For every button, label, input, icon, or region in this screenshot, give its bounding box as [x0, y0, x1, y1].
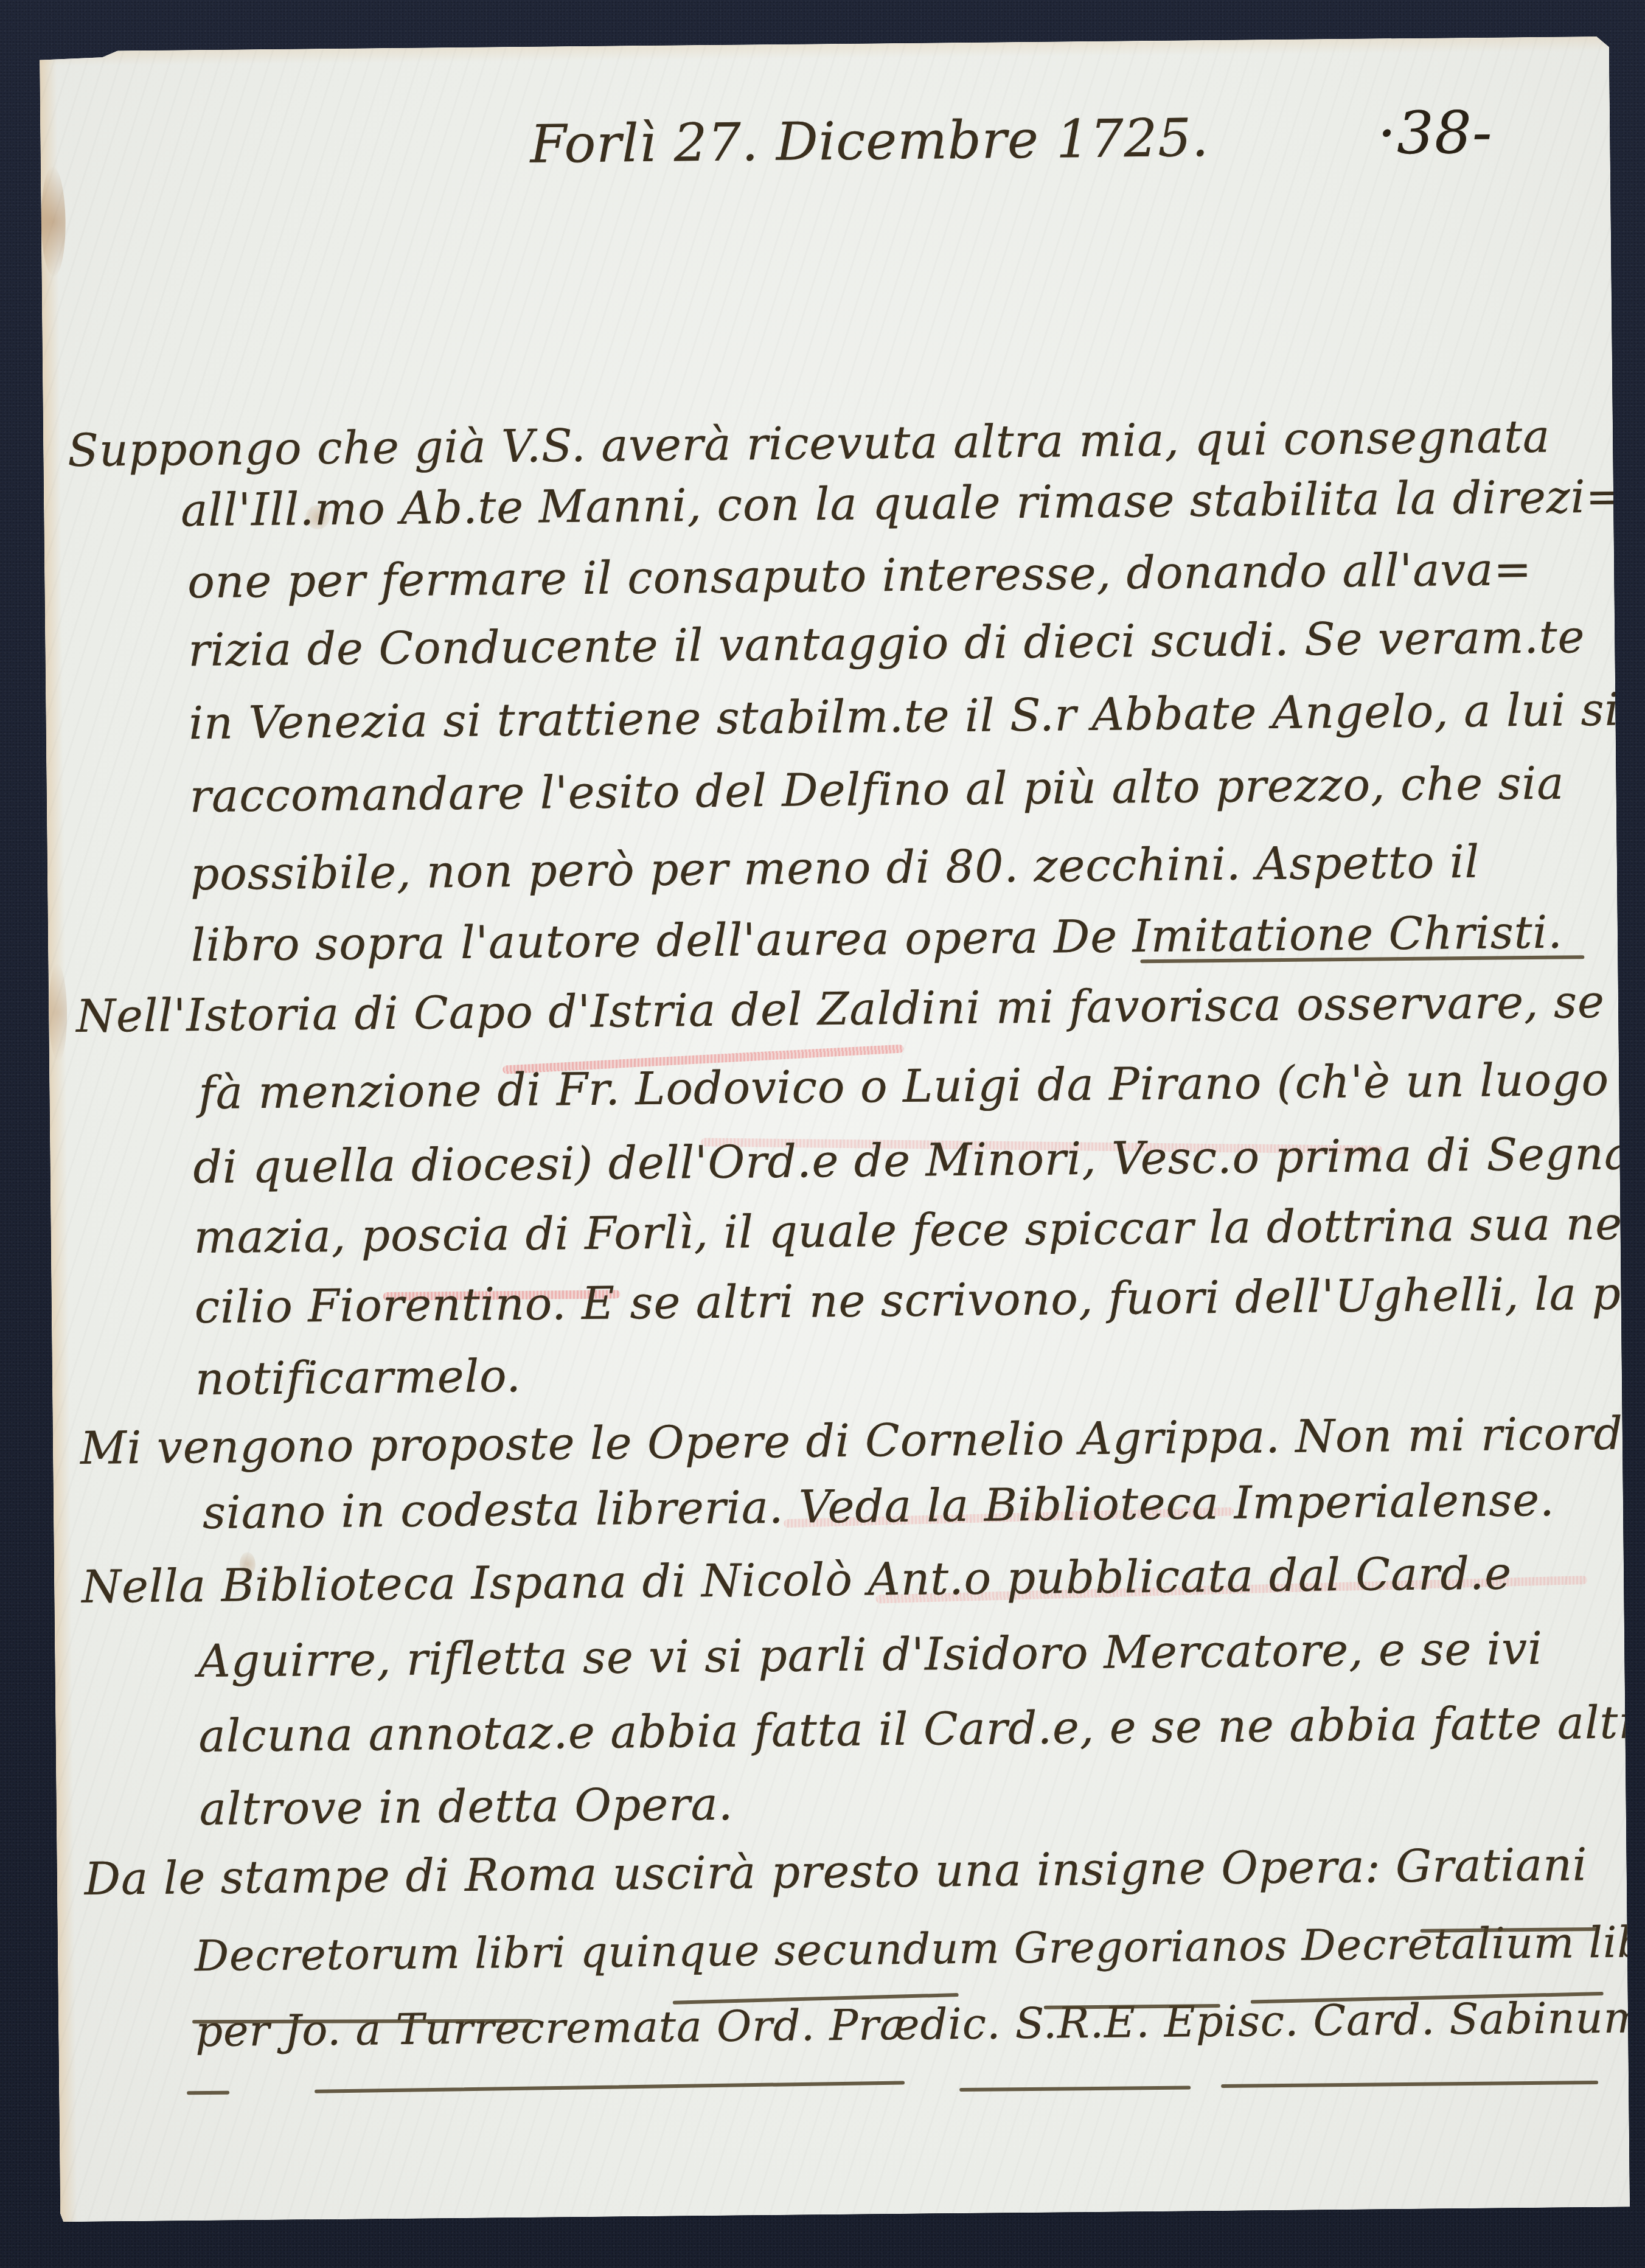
letter-line: fà menzione di Fr. Lodovico o Luigi da P… — [198, 1057, 1609, 1116]
letter-line: Da le stampe di Roma uscirà presto una i… — [84, 1842, 1587, 1902]
letter-line: in Venezia si trattiene stabilm.te il S.… — [189, 686, 1645, 746]
letter-line: notificarmelo. — [195, 1354, 522, 1402]
foxing-stain — [41, 167, 66, 276]
letter-line: possibile, non però per meno di 80. zecc… — [190, 840, 1480, 897]
letter-line: siano in codesta libreria. Veda la Bibli… — [203, 1478, 1555, 1536]
ink-underline — [959, 2085, 1191, 2092]
ink-underline — [187, 2091, 229, 2095]
place-date: Forlì 27. Dicembre 1725. — [530, 112, 1209, 171]
letter-line: per Jo. a Turrecremata Ord. Prædic. S.R.… — [195, 1996, 1645, 2053]
letter-line: Nell'Istoria di Capo d'Istria del Zaldin… — [76, 979, 1605, 1039]
letter-line: altrove in detta Opera. — [199, 1782, 733, 1832]
foxing-stain — [48, 964, 68, 1061]
letter-line: rizia de Conducente il vantaggio di diec… — [188, 614, 1585, 673]
letter-line: Mi vengono proposte le Opere di Cornelio… — [80, 1410, 1645, 1471]
letter-line: all'Ill.mo Ab.te Manni, con la quale rim… — [181, 474, 1624, 533]
ink-underline — [315, 2081, 905, 2093]
letter-line: cilio Fiorentino. E se altri ne scrivono… — [194, 1270, 1645, 1330]
page-number: ·38- — [1377, 103, 1493, 163]
letter-line: one per fermare il consaputo interesse, … — [187, 547, 1532, 605]
letter-page: Forlì 27. Dicembre 1725. ·38- Suppongo c… — [40, 37, 1630, 2222]
letter-line: Aguirre, rifletta se vi si parli d'Isido… — [198, 1626, 1543, 1684]
letter-line: mazia, poscia di Forlì, il quale fece sp… — [193, 1200, 1645, 1260]
letter-line: raccomandare l'esito del Delfino al più … — [189, 760, 1564, 819]
letter-line: Nella Biblioteca Ispana di Nicolò Ant.o … — [82, 1551, 1512, 1610]
ink-underline — [1221, 2081, 1598, 2088]
letter-line: di quella diocesi) dell'Ord.e de Minori,… — [193, 1129, 1645, 1190]
letter-line: Suppongo che già V.S. averà ricevuta alt… — [68, 414, 1551, 473]
letter-line: alcuna annotaz.e abbia fatta il Card.e, … — [198, 1700, 1645, 1759]
